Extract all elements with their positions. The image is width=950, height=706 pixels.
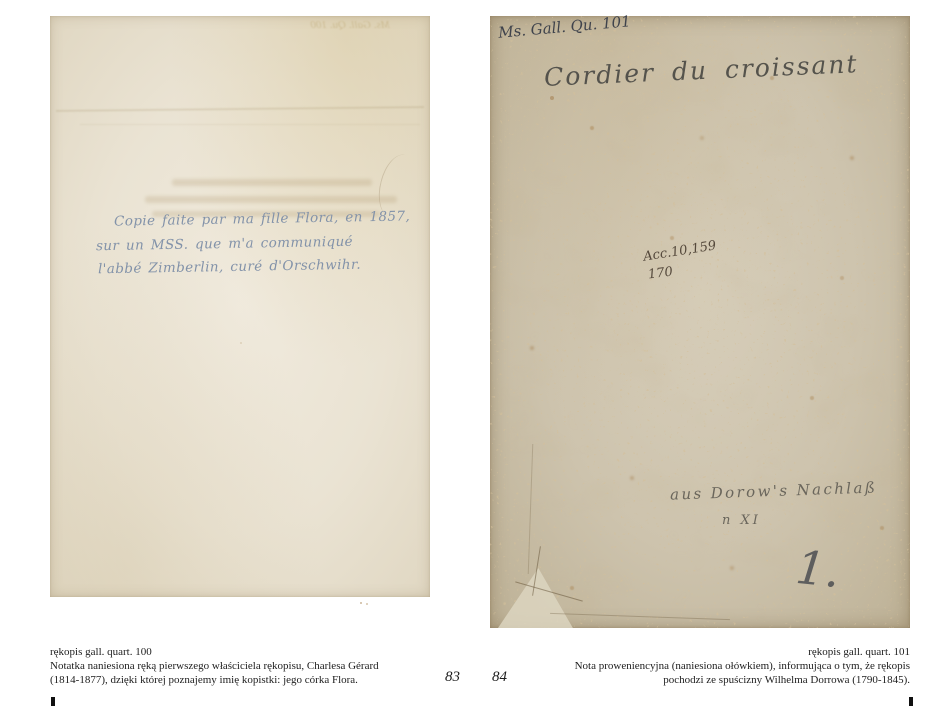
foxing-spots: [550, 96, 554, 100]
page-number-right: 84: [492, 669, 542, 686]
caption-line: rękopis gall. quart. 101: [520, 645, 910, 659]
caption-line: Nota proweniencyjna (naniesiona ołówkiem…: [520, 659, 910, 673]
provenance-note-2: n XI: [722, 513, 761, 528]
numeral-mark: 1.: [793, 540, 842, 598]
caption-line: rękopis gall. quart. 100: [50, 645, 450, 659]
manuscript-photo-right: Ms. Gall. Qu. 101 Cordier du croissant A…: [490, 16, 910, 628]
caption-right: rękopis gall. quart. 101 Nota prowenienc…: [520, 645, 910, 687]
next-page-edge-mark: [909, 697, 913, 706]
foxing-spots: [360, 602, 362, 604]
fold-crease: [80, 124, 420, 125]
caption-line: Notatka naniesiona ręką pierwszego właśc…: [50, 659, 450, 673]
showthrough-text-line: [145, 196, 397, 203]
paper-texture: [490, 16, 910, 628]
caption-left: rękopis gall. quart. 100 Notatka naniesi…: [50, 645, 450, 687]
fold-crease: [56, 106, 424, 112]
next-page-edge-mark: [51, 697, 55, 706]
caption-line: (1814-1877), dzięki której poznajemy imi…: [50, 673, 450, 687]
caption-line: pochodzi ze spuścizny Wilhelma Dorrowa (…: [520, 673, 910, 687]
showthrough-shelfmark: Ms. Gall. Qu. 100: [250, 19, 390, 31]
handwriting-line: sur un MSS. que m'a communiqué: [96, 234, 353, 254]
page-number-left: 83: [410, 669, 460, 686]
accession-note-2: 170: [647, 265, 673, 283]
showthrough-text-line: [172, 179, 372, 186]
manuscript-photo-left: Ms. Gall. Qu. 100 Copie faite par ma fil…: [50, 16, 430, 597]
handwriting-line: l'abbé Zimberlin, curé d'Orschwihr.: [98, 257, 361, 278]
